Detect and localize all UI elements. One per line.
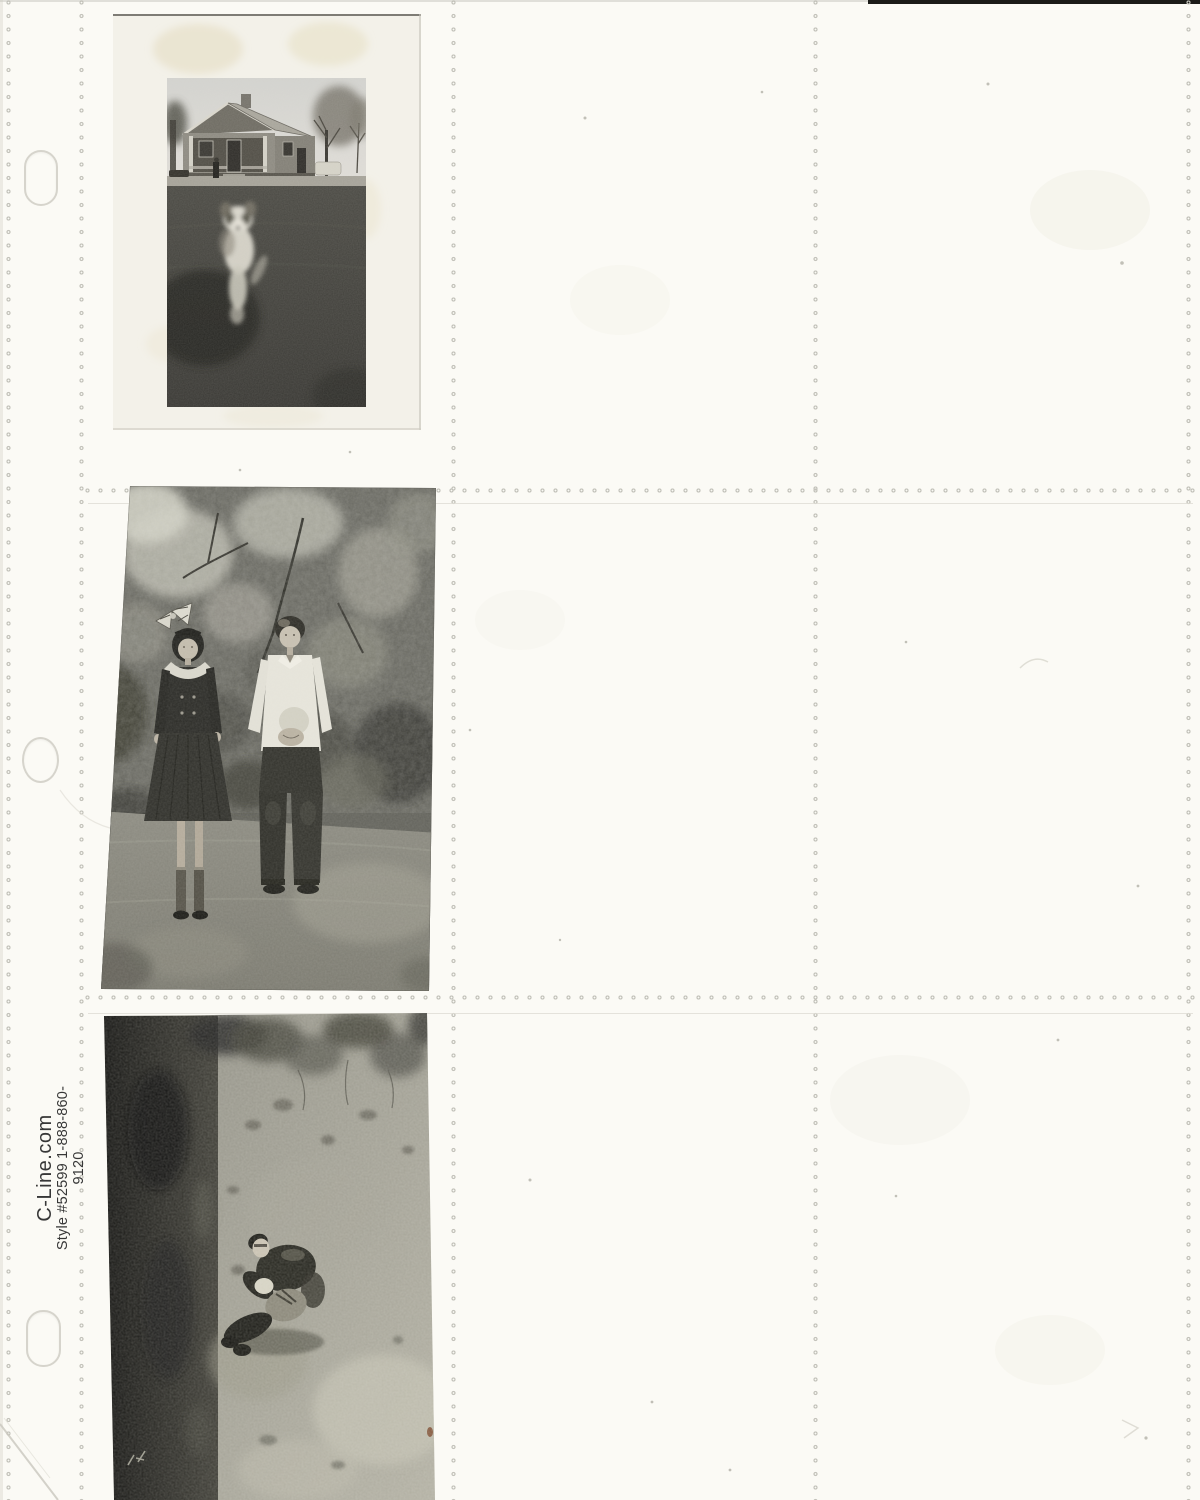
binder-hole-middle (22, 737, 59, 783)
weld-seam-vertical-binding (79, 0, 84, 1500)
photo-two-children (98, 483, 438, 993)
sleeve-brand-imprint: C-Line.com Style #52599 1-888-860-9120 (36, 1070, 87, 1266)
weld-seam-vertical-outer (6, 0, 11, 1500)
weld-seam-vertical-right (1186, 0, 1191, 1500)
style-number-text: Style #52599 1-888-860-9120 (55, 1070, 87, 1266)
binder-hole-bottom (26, 1310, 61, 1367)
brand-url-text: C-Line.com (36, 1070, 55, 1266)
scan-top-edge-dark (868, 0, 1200, 4)
photo-sleeve-page: C-Line.com Style #52599 1-888-860-9120 (0, 0, 1200, 1500)
weld-seam-vertical-1 (451, 0, 456, 1500)
photo-dog-and-house (113, 14, 421, 430)
photo-man-and-child-in-field (98, 1010, 438, 1500)
weld-seam-horizontal-2 (85, 995, 1195, 1000)
scan-left-edge (0, 0, 3, 1500)
binder-hole-top (24, 150, 58, 206)
weld-seam-vertical-2 (813, 0, 818, 1500)
